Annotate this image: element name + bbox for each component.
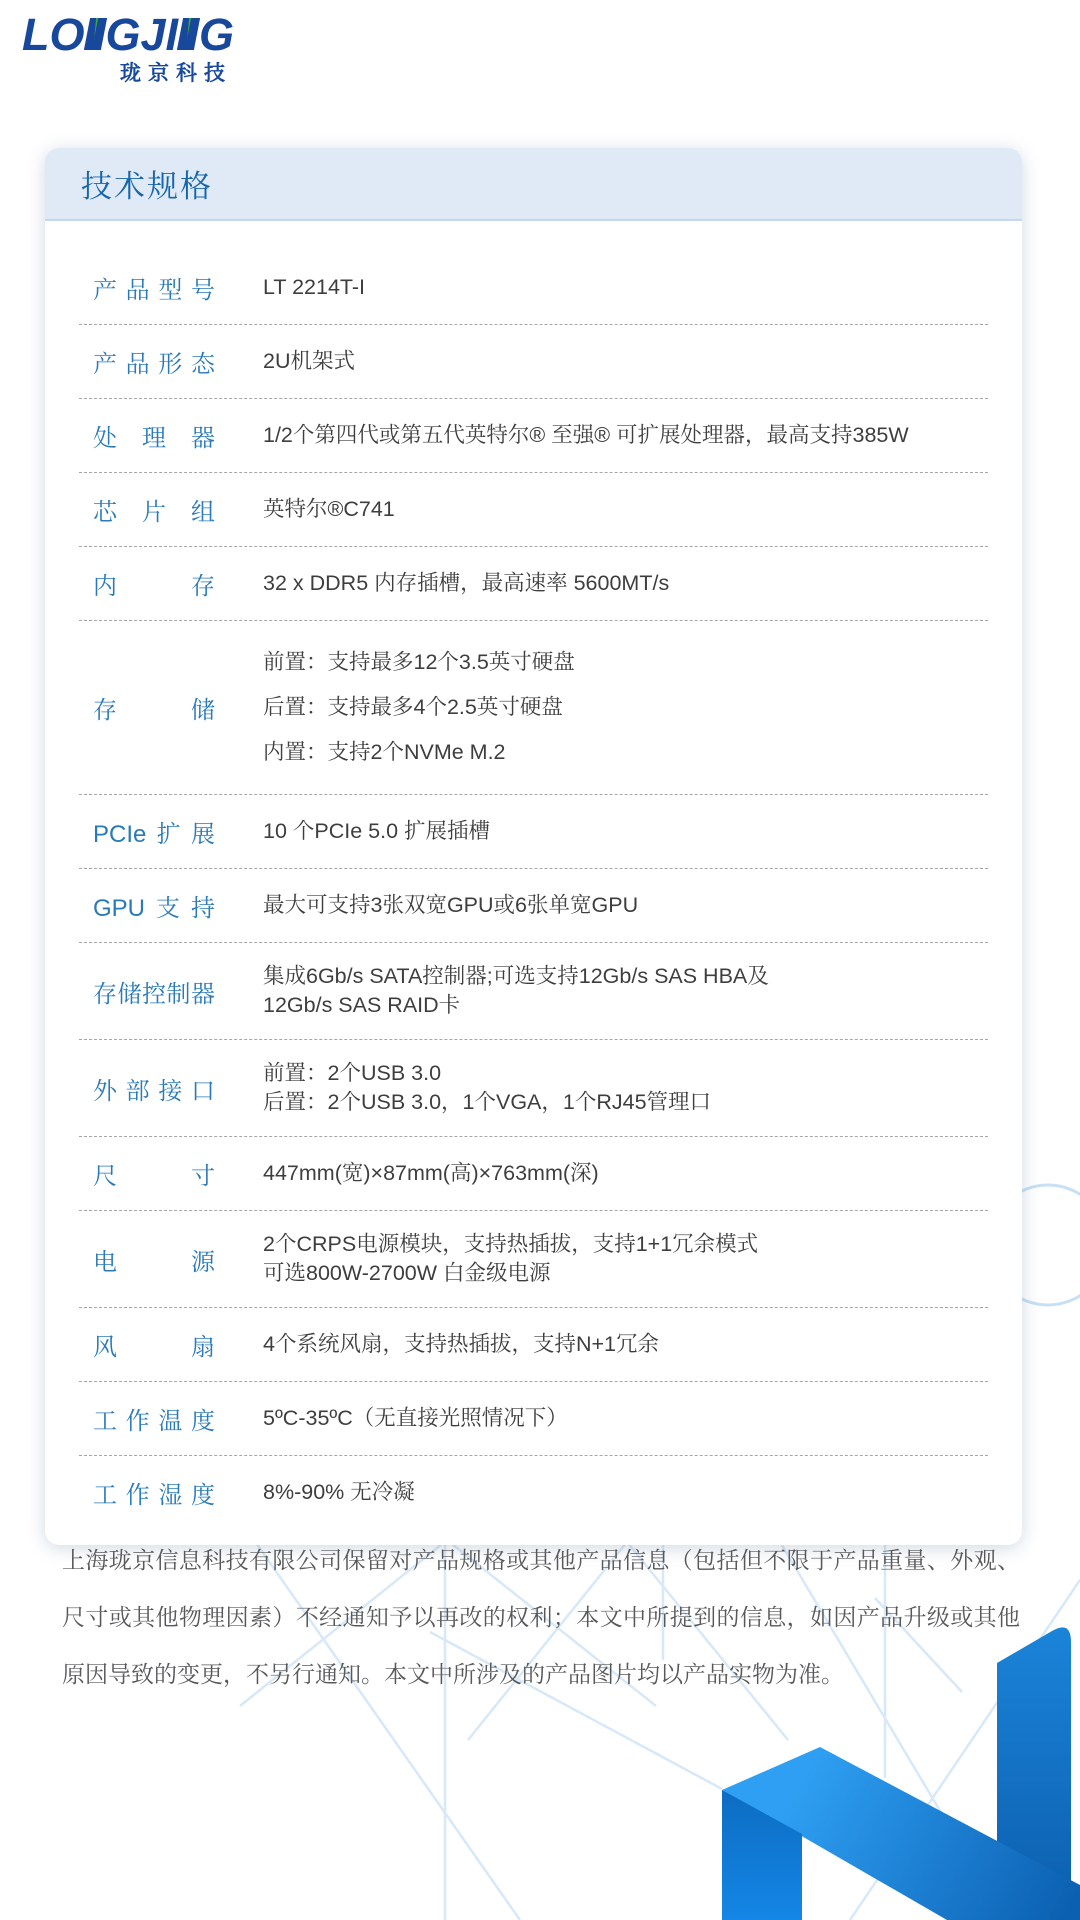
wordmark-text: G (199, 18, 234, 51)
spec-value-line: 12Gb/s SAS RAID卡 (263, 991, 988, 1020)
spec-row: 电源 2个CRPS电源模块，支持热插拔，支持1+1冗余模式可选800W-2700… (79, 1211, 988, 1308)
spec-label: 存储 (93, 690, 215, 725)
spec-value-line: 前置：2个USB 3.0 (263, 1059, 988, 1088)
spec-label: PCIe扩展 (93, 814, 215, 849)
spec-value-line: 447mm(宽)×87mm(高)×763mm(深) (263, 1159, 988, 1188)
spec-label: 工作温度 (93, 1401, 215, 1436)
spec-value: 10 个PCIe 5.0 扩展插槽 (263, 817, 988, 846)
spec-row: 外部接口 前置：2个USB 3.0后置：2个USB 3.0，1个VGA，1个RJ… (79, 1040, 988, 1137)
spec-value-line: 可选800W-2700W 白金级电源 (263, 1259, 988, 1288)
spec-value: 最大可支持3张双宽GPU或6张单宽GPU (263, 891, 988, 920)
spec-label: 外部接口 (93, 1071, 215, 1106)
spec-card-title: 技术规格 (81, 161, 213, 206)
spec-label: 工作湿度 (93, 1475, 215, 1510)
spec-value: 2U机架式 (263, 347, 988, 376)
spec-value: 447mm(宽)×87mm(高)×763mm(深) (263, 1159, 988, 1188)
spec-value-line: 英特尔®C741 (263, 495, 988, 524)
spec-row: 产品型号 LT 2214T-I (79, 251, 988, 325)
ribbon-n-graphic (700, 1590, 1080, 1920)
spec-value-line: 32 x DDR5 内存插槽，最高速率 5600MT/s (263, 569, 988, 598)
spec-value-line: 前置：支持最多12个3.5英寸硬盘 (263, 640, 988, 685)
spec-label: 处理器 (93, 418, 215, 453)
longjing-wordmark: LOGJIG (22, 18, 234, 51)
spec-row: 产品形态 2U机架式 (79, 325, 988, 399)
spec-value: 4个系统风扇，支持热插拔，支持N+1冗余 (263, 1330, 988, 1359)
spec-row: 工作温度 5ºC-35ºC（无直接光照情况下） (79, 1382, 988, 1456)
spec-sheet-page: LOGJIG 珑京科技 技术规格 产品型号 LT 2214T-I 产品形态 2U… (0, 0, 1080, 1920)
spec-row: 风扇 4个系统风扇，支持热插拔，支持N+1冗余 (79, 1308, 988, 1382)
spec-value: 32 x DDR5 内存插槽，最高速率 5600MT/s (263, 569, 988, 598)
spec-value-line: 内置：支持2个NVMe M.2 (263, 730, 988, 775)
spec-value: 前置：2个USB 3.0后置：2个USB 3.0，1个VGA，1个RJ45管理口 (263, 1059, 988, 1117)
spec-value-line: 4个系统风扇，支持热插拔，支持N+1冗余 (263, 1330, 988, 1359)
spec-value: 英特尔®C741 (263, 495, 988, 524)
spec-row: 芯片组 英特尔®C741 (79, 473, 988, 547)
spec-label: GPU支持 (93, 888, 215, 923)
spec-card-header: 技术规格 (45, 148, 1022, 221)
spec-row: 存储 前置：支持最多12个3.5英寸硬盘后置：支持最多4个2.5英寸硬盘内置：支… (79, 621, 988, 795)
spec-value: 1/2个第四代或第五代英特尔® 至强® 可扩展处理器，最高支持385W (263, 421, 988, 450)
spec-value-line: 2U机架式 (263, 347, 988, 376)
spec-row: 尺寸 447mm(宽)×87mm(高)×763mm(深) (79, 1137, 988, 1211)
spec-value-line: 10 个PCIe 5.0 扩展插槽 (263, 817, 988, 846)
longjing-logo: LOGJIG 珑京科技 (22, 18, 234, 87)
spec-row: 工作湿度 8%-90% 无冷凝 (79, 1456, 988, 1529)
spec-value-line: 8%-90% 无冷凝 (263, 1478, 988, 1507)
spec-row: PCIe扩展 10 个PCIe 5.0 扩展插槽 (79, 795, 988, 869)
spec-value-line: 后置：2个USB 3.0，1个VGA，1个RJ45管理口 (263, 1088, 988, 1117)
spec-table: 产品型号 LT 2214T-I 产品形态 2U机架式 处理器 1/2个第四代或第… (45, 221, 1022, 1545)
spec-label: 电源 (93, 1242, 215, 1277)
spec-row: 处理器 1/2个第四代或第五代英特尔® 至强® 可扩展处理器，最高支持385W (79, 399, 988, 473)
spec-card: 技术规格 产品型号 LT 2214T-I 产品形态 2U机架式 处理器 1/2个… (45, 148, 1022, 1545)
spec-value: 8%-90% 无冷凝 (263, 1478, 988, 1507)
wordmark-text: GJI (105, 18, 178, 51)
spec-value: 2个CRPS电源模块，支持热插拔，支持1+1冗余模式可选800W-2700W 白… (263, 1230, 988, 1288)
logo-subtitle: 珑京科技 (22, 57, 234, 87)
logo-n-letter-icon (177, 18, 200, 50)
spec-label: 产品型号 (93, 270, 215, 305)
spec-value: 5ºC-35ºC（无直接光照情况下） (263, 1404, 988, 1433)
spec-value-line: 2个CRPS电源模块，支持热插拔，支持1+1冗余模式 (263, 1230, 988, 1259)
spec-label: 风扇 (93, 1327, 215, 1362)
spec-value-line: 集成6Gb/s SATA控制器;可选支持12Gb/s SAS HBA及 (263, 962, 988, 991)
spec-label: 尺寸 (93, 1156, 215, 1191)
spec-row: 内存 32 x DDR5 内存插槽，最高速率 5600MT/s (79, 547, 988, 621)
spec-value-line: LT 2214T-I (263, 273, 988, 302)
spec-label: 内存 (93, 566, 215, 601)
spec-value-line: 最大可支持3张双宽GPU或6张单宽GPU (263, 891, 988, 920)
spec-value: 前置：支持最多12个3.5英寸硬盘后置：支持最多4个2.5英寸硬盘内置：支持2个… (263, 640, 988, 775)
spec-label: 芯片组 (93, 492, 215, 527)
spec-value-line: 1/2个第四代或第五代英特尔® 至强® 可扩展处理器，最高支持385W (263, 421, 988, 450)
spec-value-line: 后置：支持最多4个2.5英寸硬盘 (263, 685, 988, 730)
spec-value: 集成6Gb/s SATA控制器;可选支持12Gb/s SAS HBA及12Gb/… (263, 962, 988, 1020)
wordmark-text: LO (22, 18, 85, 51)
spec-value-line: 5ºC-35ºC（无直接光照情况下） (263, 1404, 988, 1433)
spec-label: 产品形态 (93, 344, 215, 379)
logo-n-letter-icon (83, 18, 106, 50)
spec-value: LT 2214T-I (263, 273, 988, 302)
spec-label: 存储控制器 (93, 974, 215, 1009)
spec-row: 存储控制器 集成6Gb/s SATA控制器;可选支持12Gb/s SAS HBA… (79, 943, 988, 1040)
spec-row: GPU支持 最大可支持3张双宽GPU或6张单宽GPU (79, 869, 988, 943)
